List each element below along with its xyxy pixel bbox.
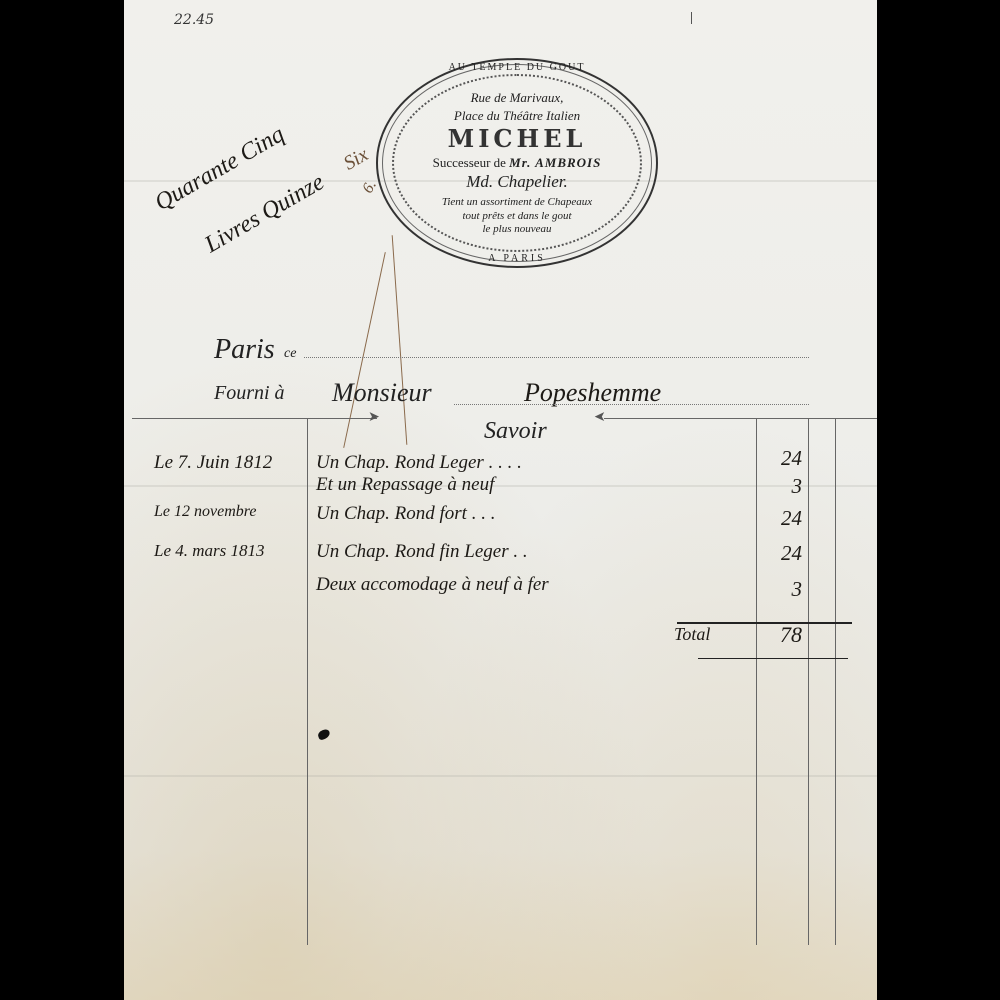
brown-annotation: Six (340, 143, 373, 175)
seal-arc-top: AU TEMPLE DU GOUT (378, 62, 656, 73)
date-dotted-line (304, 357, 809, 358)
seal-arc-bottom: A PARIS (378, 253, 656, 264)
item-date: Le 4. mars 1813 (154, 541, 265, 561)
seal-trade: Md. Chapelier. (378, 172, 656, 192)
total-label: Total (674, 624, 710, 645)
item-amount: 24 (754, 541, 802, 566)
item-description: Et un Repassage à neuf (316, 474, 494, 496)
monsieur-label: Monsieur (332, 378, 432, 408)
seal-tagline-2: tout prêts et dans le gout (378, 210, 656, 222)
successor-prefix: Successeur de (433, 155, 506, 170)
merchant-name: MICHEL (378, 124, 656, 153)
item-description: Un Chap. Rond Leger . . . . (316, 452, 522, 474)
item-amount: 24 (754, 506, 802, 531)
item-description: Deux accomodage à neuf à fer (316, 574, 549, 596)
arrow-right-icon: ➤ (368, 409, 380, 425)
corner-reference: 22.45 (174, 12, 214, 28)
seal-successor: Successeur de Mr. AMBROIS (378, 155, 656, 171)
savoir-heading: Savoir (484, 418, 547, 445)
item-description: Un Chap. Rond fort . . . (316, 503, 495, 525)
seal-address-1: Rue de Marivaux, (378, 90, 656, 106)
paris-label: Paris (214, 334, 275, 366)
ink-blot (317, 728, 331, 741)
header-rule-right (604, 418, 877, 419)
successor-name: Mr. AMBROIS (509, 155, 601, 170)
total-rule-bottom (698, 658, 848, 659)
letterhead-seal: AU TEMPLE DU GOUT Rue de Marivaux, Place… (376, 58, 658, 268)
total-value: 78 (754, 622, 802, 648)
column-line-deniers (835, 419, 836, 945)
seal-tagline-3: le plus nouveau (378, 223, 656, 235)
item-description: Un Chap. Rond fin Leger . . (316, 541, 528, 563)
invoice-paper: 22.45 AU TEMPLE DU GOUT Rue de Marivaux,… (124, 0, 877, 1000)
arrow-left-icon: ➤ (594, 409, 606, 425)
column-line-sous (808, 419, 809, 945)
header-rule-left (132, 418, 377, 419)
item-date: Le 7. Juin 1812 (154, 452, 272, 474)
brown-ink-stroke (392, 235, 408, 445)
item-date: Le 12 novembre (154, 503, 257, 521)
fourni-label: Fourni à (214, 382, 285, 405)
item-amount: 3 (754, 474, 802, 499)
paper-fold (124, 775, 877, 777)
paris-ce-label: ce (284, 346, 296, 362)
seal-address-2: Place du Théâtre Italien (378, 108, 656, 124)
client-dotted-line (454, 404, 809, 405)
item-amount: 3 (754, 577, 802, 602)
tick-mark (691, 12, 692, 24)
seal-tagline-1: Tient un assortiment de Chapeaux (378, 196, 656, 208)
item-amount: 24 (754, 446, 802, 471)
column-line-date (307, 419, 308, 945)
